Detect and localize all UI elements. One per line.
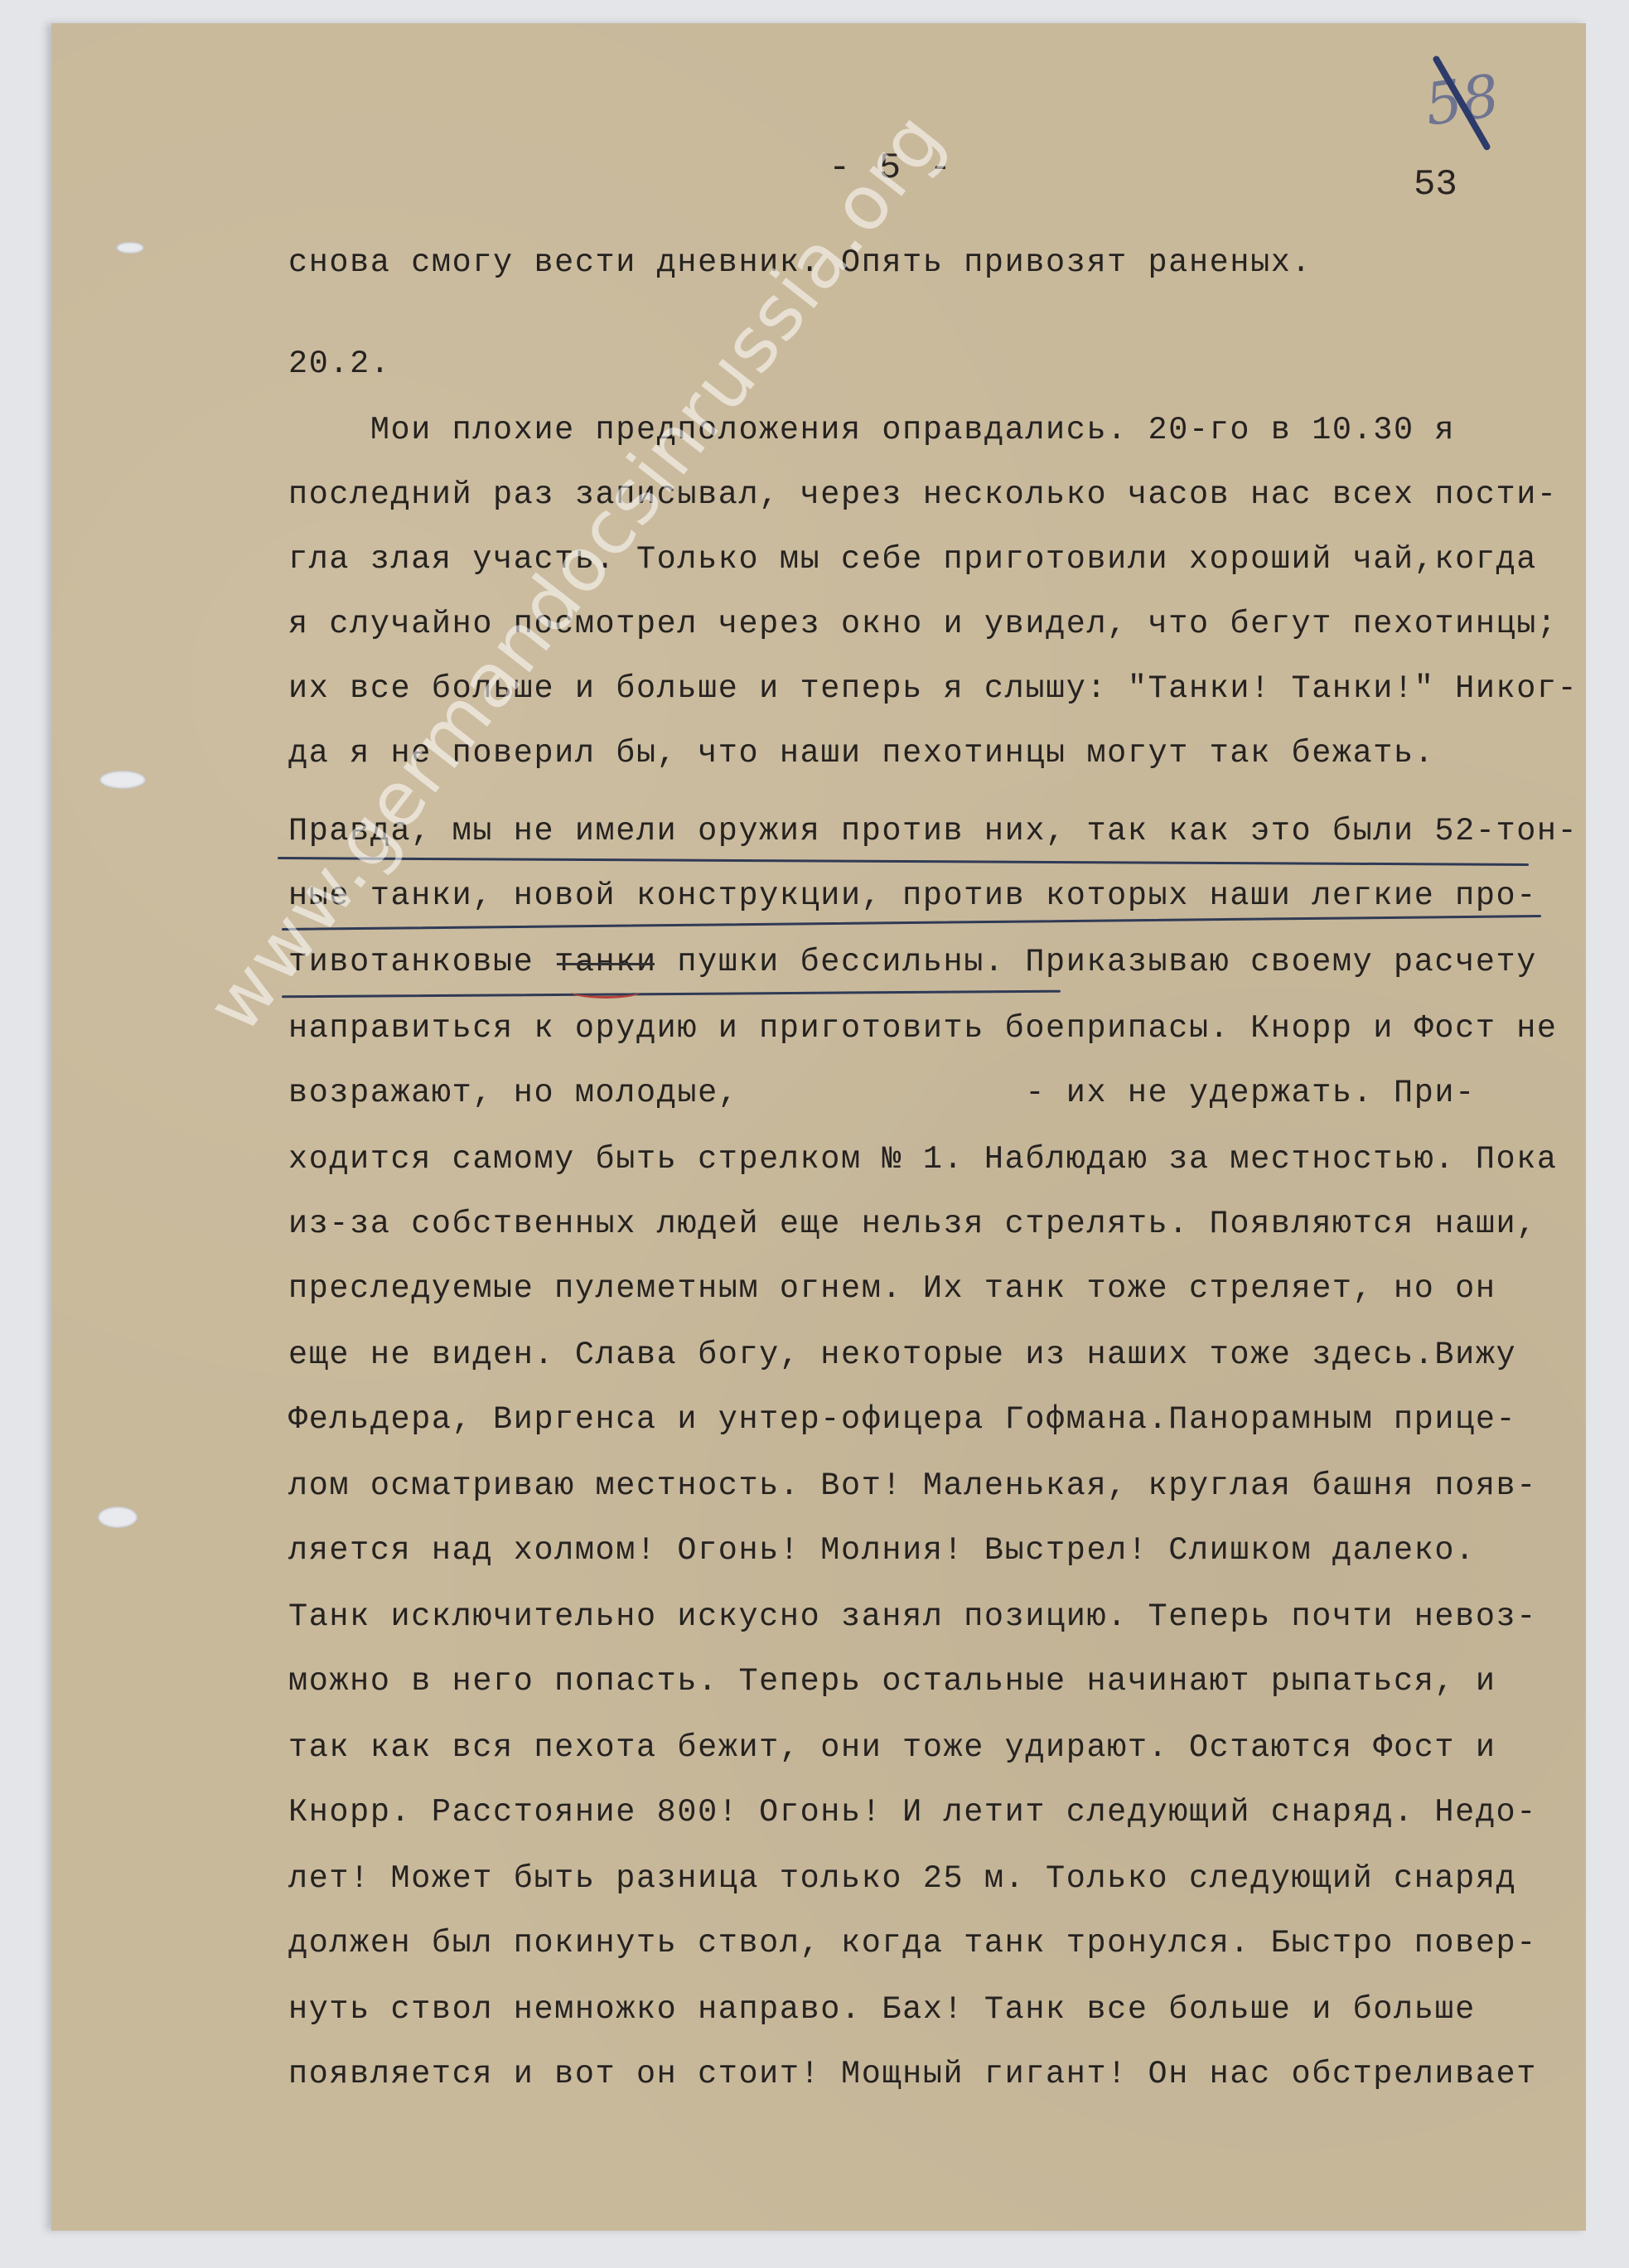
text-line: лет! Может быть разница только 25 м. Тол…: [288, 1863, 1516, 1895]
text-line: так как вся пехота бежит, они тоже удира…: [288, 1732, 1496, 1764]
text-line: Фельдера, Виргенса и унтер-офицера Гофма…: [288, 1404, 1516, 1436]
text-line: еще не виден. Слава богу, некоторые из н…: [288, 1339, 1516, 1371]
text-line: направиться к орудию и приготовить боепр…: [288, 1013, 1558, 1045]
text-line-underlined: ные танки, новой конструкции, против кот…: [288, 880, 1537, 912]
text-line: ляется над холмом! Огонь! Молния! Выстре…: [288, 1535, 1476, 1567]
text-line: нуть ствол немножко направо. Бах! Танк в…: [288, 1994, 1476, 2026]
punch-hole: [116, 242, 144, 254]
text-line-underlined: тивотанковые танки пушки бессильны. Прик…: [288, 946, 1537, 979]
text-line-underlined: Правда, мы не имели оружия против них, т…: [288, 815, 1578, 848]
text-line: преследуемые пулеметным огнем. Их танк т…: [288, 1273, 1496, 1305]
text-line: гла злая участь. Только мы себе приготов…: [288, 544, 1537, 576]
text-line: из-за собственных людей еще нельзя стрел…: [288, 1208, 1537, 1240]
punch-hole: [98, 1506, 138, 1528]
red-pencil-mark: [572, 986, 640, 999]
punch-hole: [99, 771, 146, 789]
text-line: Мои плохие предположения оправдались. 20…: [288, 414, 1455, 447]
text-line: Танк исключительно искусно занял позицию…: [288, 1601, 1537, 1633]
text-line: появляется и вот он стоит! Мощный гигант…: [288, 2058, 1537, 2091]
text-line: лом осматриваю местность. Вот! Маленькая…: [288, 1470, 1537, 1502]
text-line: Кнорр. Расстояние 800! Огонь! И летит сл…: [288, 1797, 1537, 1829]
date-heading: 20.2.: [288, 348, 391, 380]
text-line: возражают, но молодые, - их не удержать.…: [288, 1077, 1476, 1110]
text-line: последний раз записывал, через несколько…: [288, 479, 1558, 511]
text-line: можно в него попасть. Теперь остальные н…: [288, 1666, 1496, 1698]
document-page: [51, 23, 1586, 2231]
typed-strikethrough: [557, 963, 655, 965]
archive-folio-number: 53: [1414, 164, 1457, 206]
text-line: должен был покинуть ствол, когда танк тр…: [288, 1927, 1537, 1960]
text-line: ходится самому быть стрелком № 1. Наблюд…: [288, 1144, 1558, 1176]
